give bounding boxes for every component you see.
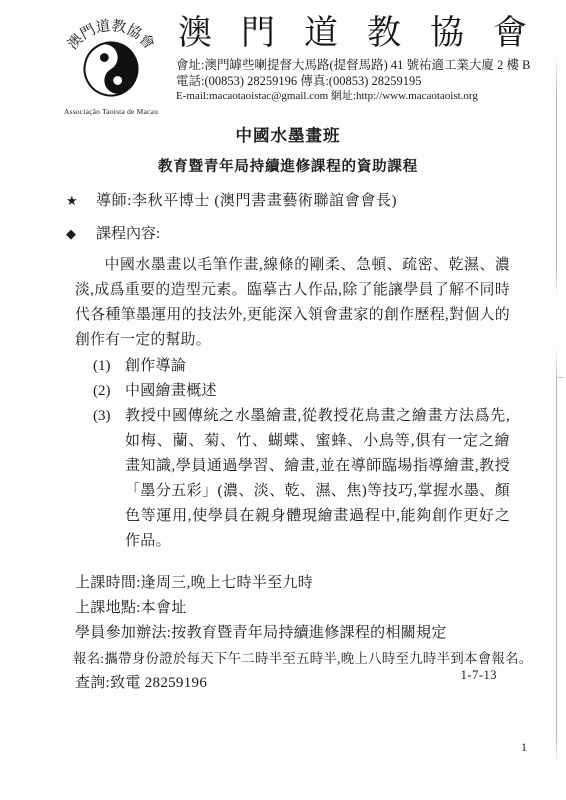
outline-item-number: (2) bbox=[93, 379, 125, 404]
detail-value: 逢周三,晚上七時半至九時 bbox=[141, 575, 313, 591]
fax-value: (00853) 28259195 bbox=[329, 74, 422, 88]
diamond-bullet-icon: ◆ bbox=[66, 226, 96, 242]
content-heading-row: ◆ 課程內容: bbox=[66, 222, 510, 243]
instructor-label: 導師: bbox=[96, 193, 132, 209]
scan-tick-artifact bbox=[556, 377, 564, 378]
outline-item-text: 創作導論 bbox=[125, 354, 510, 379]
outline-item: (1) 創作導論 bbox=[93, 354, 510, 379]
website-value: http://www.macaotaoist.org bbox=[356, 90, 478, 102]
association-logo: 澳門道教協會 Associação Taoista de Macau bbox=[56, 12, 166, 116]
letterhead: 澳門道教協會 Associação Taoista de Macau 澳門道教協… bbox=[56, 12, 558, 116]
outline-item-number: (1) bbox=[93, 354, 125, 379]
detail-value: 攜帶身份證於每天下午二時半至五時半,晚上八時至九時半到本會報名。 bbox=[104, 651, 532, 666]
instructor-text: 導師:李秋平博士 (澳門書畫藝術聯誼會會長) bbox=[96, 189, 397, 210]
email-value: macaotaoistac@gmail.com bbox=[209, 90, 328, 102]
outline-item-text: 中國繪畫概述 bbox=[125, 379, 510, 404]
document-date: 1-7-13 bbox=[461, 668, 497, 683]
fax-label: 傳真: bbox=[300, 74, 328, 88]
detail-row-class-location: 上課地點:本會址 bbox=[75, 596, 510, 621]
detail-label: 報名: bbox=[73, 651, 104, 666]
email-label: E-mail: bbox=[176, 90, 209, 102]
instructor-value: 李秋平博士 (澳門書畫藝術聯誼會會長) bbox=[132, 193, 397, 209]
phone-fax-line: 電話:(00853) 28259196 傳真:(00853) 28259195 bbox=[176, 73, 558, 89]
content-heading-label: 課程內容: bbox=[96, 222, 160, 243]
page-number: 1 bbox=[521, 740, 527, 755]
organization-name: 澳門道教協會 bbox=[178, 14, 558, 54]
detail-label: 上課時間: bbox=[75, 575, 141, 591]
detail-value: 本會址 bbox=[141, 600, 187, 616]
address-line: 會址:澳門罅些喇提督大馬路(提督馬路) 41 號祐適工業大廈 2 樓 B bbox=[176, 57, 558, 73]
course-subtitle: 教育暨青年局持續進修課程的資助課程 bbox=[66, 155, 510, 176]
intro-paragraph: 中國水墨畫以毛筆作畫,線條的剛柔、急頓、疏密、乾濕、濃淡,成爲重要的造型元素。臨… bbox=[75, 253, 510, 353]
instructor-row: ★ 導師:李秋平博士 (澳門書畫藝術聯誼會會長) bbox=[66, 189, 510, 210]
letterhead-text-block: 澳門道教協會 會址:澳門罅些喇提督大馬路(提督馬路) 41 號祐適工業大廈 2 … bbox=[176, 12, 558, 116]
logo-caption: Associação Taoista de Macau bbox=[56, 107, 166, 116]
document-body: 中國水墨畫班 教育暨青年局持續進修課程的資助課程 ★ 導師:李秋平博士 (澳門書… bbox=[66, 122, 510, 696]
outline-item-text: 教授中國傳統之水墨繪畫,從教授花鳥畫之繪畫方法爲先,如梅、蘭、菊、竹、蝴蝶、蜜蜂… bbox=[125, 404, 510, 554]
detail-label: 學員參加辦法: bbox=[75, 625, 171, 641]
address-label: 會址: bbox=[176, 58, 204, 72]
detail-row-class-time: 上課時間:逢周三,晚上七時半至九時 bbox=[75, 571, 510, 596]
detail-label: 查詢: bbox=[75, 675, 110, 691]
yin-yang-icon bbox=[75, 33, 147, 104]
phone-value: (00853) 28259196 bbox=[204, 74, 297, 88]
taiji-logo-graphic: 澳門道教協會 bbox=[56, 12, 166, 104]
detail-value: 致電 28259196 bbox=[110, 675, 207, 691]
outline-item: (3) 教授中國傳統之水墨繪畫,從教授花鳥畫之繪畫方法爲先,如梅、蘭、菊、竹、蝴… bbox=[93, 404, 510, 554]
course-title: 中國水墨畫班 bbox=[66, 122, 510, 146]
scan-edge-artifact bbox=[556, 55, 558, 765]
star-bullet-icon: ★ bbox=[66, 193, 96, 209]
detail-row-registration: 報名:攜帶身份證於每天下午二時半至五時半,晚上八時至九時半到本會報名。 bbox=[73, 646, 510, 671]
address-value: 澳門罅些喇提督大馬路(提督馬路) 41 號祐適工業大廈 2 樓 B bbox=[204, 58, 530, 72]
detail-row-enquiry: 查詢:致電 28259196 bbox=[75, 671, 510, 696]
detail-value: 按教育暨青年局持續進修課程的相關規定 bbox=[171, 625, 446, 641]
email-website-line: E-mail:macaotaoistac@gmail.com 網址:http:/… bbox=[176, 89, 558, 104]
outline-item-number: (3) bbox=[93, 404, 125, 429]
course-outline: (1) 創作導論 (2) 中國繪畫概述 (3) 教授中國傳統之水墨繪畫,從教授花… bbox=[93, 354, 510, 554]
phone-label: 電話: bbox=[176, 74, 204, 88]
detail-row-participation: 學員參加辦法:按教育暨青年局持續進修課程的相關規定 bbox=[75, 621, 510, 646]
course-details: 上課時間:逢周三,晚上七時半至九時 上課地點:本會址 學員參加辦法:按教育暨青年… bbox=[75, 571, 510, 696]
website-label: 網址: bbox=[331, 90, 356, 102]
outline-item: (2) 中國繪畫概述 bbox=[93, 379, 510, 404]
scanned-document-page: 澳門道教協會 Associação Taoista de Macau 澳門道教協… bbox=[0, 0, 566, 800]
detail-label: 上課地點: bbox=[75, 600, 141, 616]
